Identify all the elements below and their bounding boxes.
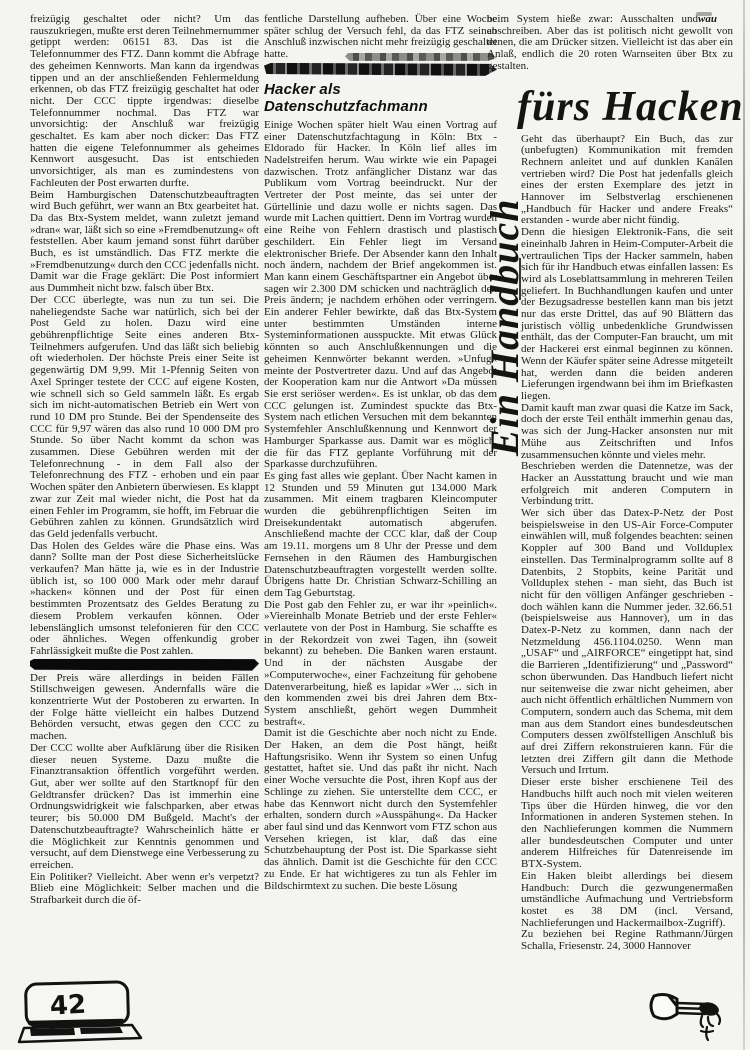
scan-artifact-edge-line xyxy=(743,0,745,1050)
paragraph: Denn die hiesigen Elektronik-Fans, die s… xyxy=(521,227,733,403)
computer-doodle: 42 xyxy=(16,980,148,1048)
scan-artifact-corner-dash xyxy=(696,12,712,16)
paragraph: Der Preis wäre allerdings in beiden Fäll… xyxy=(30,673,259,743)
paragraph: Der CCC wollte aber Aufklärung über die … xyxy=(30,743,259,872)
page-number: 42 xyxy=(49,990,87,1022)
redaction-bar xyxy=(30,659,259,671)
paragraph: Es ging fast alles wie geplant. Über Nac… xyxy=(264,471,497,600)
column-right: waubeim System hieße zwar: Ausschalten u… xyxy=(487,14,733,953)
paragraph: Beim Hamburgischen Datenschutzbeauftragt… xyxy=(30,190,259,295)
paragraph: freizügig geschaltet oder nicht? Um das … xyxy=(30,14,259,190)
redaction-bar-noisy xyxy=(264,63,497,76)
column-middle: fentliche Darstellung aufheben. Über ein… xyxy=(264,14,497,892)
paragraph: Das Holen des Geldes wäre die Phase eins… xyxy=(30,541,259,658)
article-title: fürs Hacken xyxy=(517,85,733,129)
magazine-page: { "page": { "number": "42", "byline": "w… xyxy=(0,0,750,1050)
paragraph: Dieser erste bisher erschienene Teil des… xyxy=(521,777,733,871)
paragraph: Damit ist die Geschichte aber noch nicht… xyxy=(264,728,497,892)
hand-pen-doodle xyxy=(646,984,734,1046)
paragraph: Geht das überhaupt? Ein Buch, das zur (u… xyxy=(521,134,733,228)
paragraph: Wer sich über das Datex-P-Netz der Post … xyxy=(521,508,733,777)
paragraph: Der CCC überlegte, was nun zu tun sei. D… xyxy=(30,295,259,541)
article-title-vertical: Ein Handbuch xyxy=(482,112,528,456)
paragraph: Ein Politiker? Vielleicht. Aber wenn er'… xyxy=(30,872,259,907)
paragraph: Beschrieben werden die Datennetze, was d… xyxy=(521,461,733,508)
paragraph: Die Post gab den Fehler zu, er war ihr »… xyxy=(264,600,497,729)
article-subheading: Hacker als Datenschutzfachmann xyxy=(264,81,497,116)
paragraph: waubeim System hieße zwar: Ausschalten u… xyxy=(487,14,733,73)
column-left: freizügig geschaltet oder nicht? Um das … xyxy=(30,14,259,907)
paragraph: Damit kauft man zwar quasi die Katze im … xyxy=(521,403,733,462)
redaction-smear xyxy=(345,53,497,61)
redaction-smear xyxy=(264,63,497,76)
paragraph: Zu beziehen bei Regine Rathmann/Jürgen S… xyxy=(521,929,733,952)
paragraph: Ein Haken bleibt allerdings bei diesem H… xyxy=(521,871,733,930)
scan-artifact-stroke xyxy=(519,258,521,300)
paragraph: Einige Wochen später hielt Wau einen Vor… xyxy=(264,120,497,471)
paragraph-text: beim System hieße zwar: Ausschalten und … xyxy=(487,13,733,72)
article-body: Geht das überhaupt? Ein Buch, das zur (u… xyxy=(521,134,733,953)
